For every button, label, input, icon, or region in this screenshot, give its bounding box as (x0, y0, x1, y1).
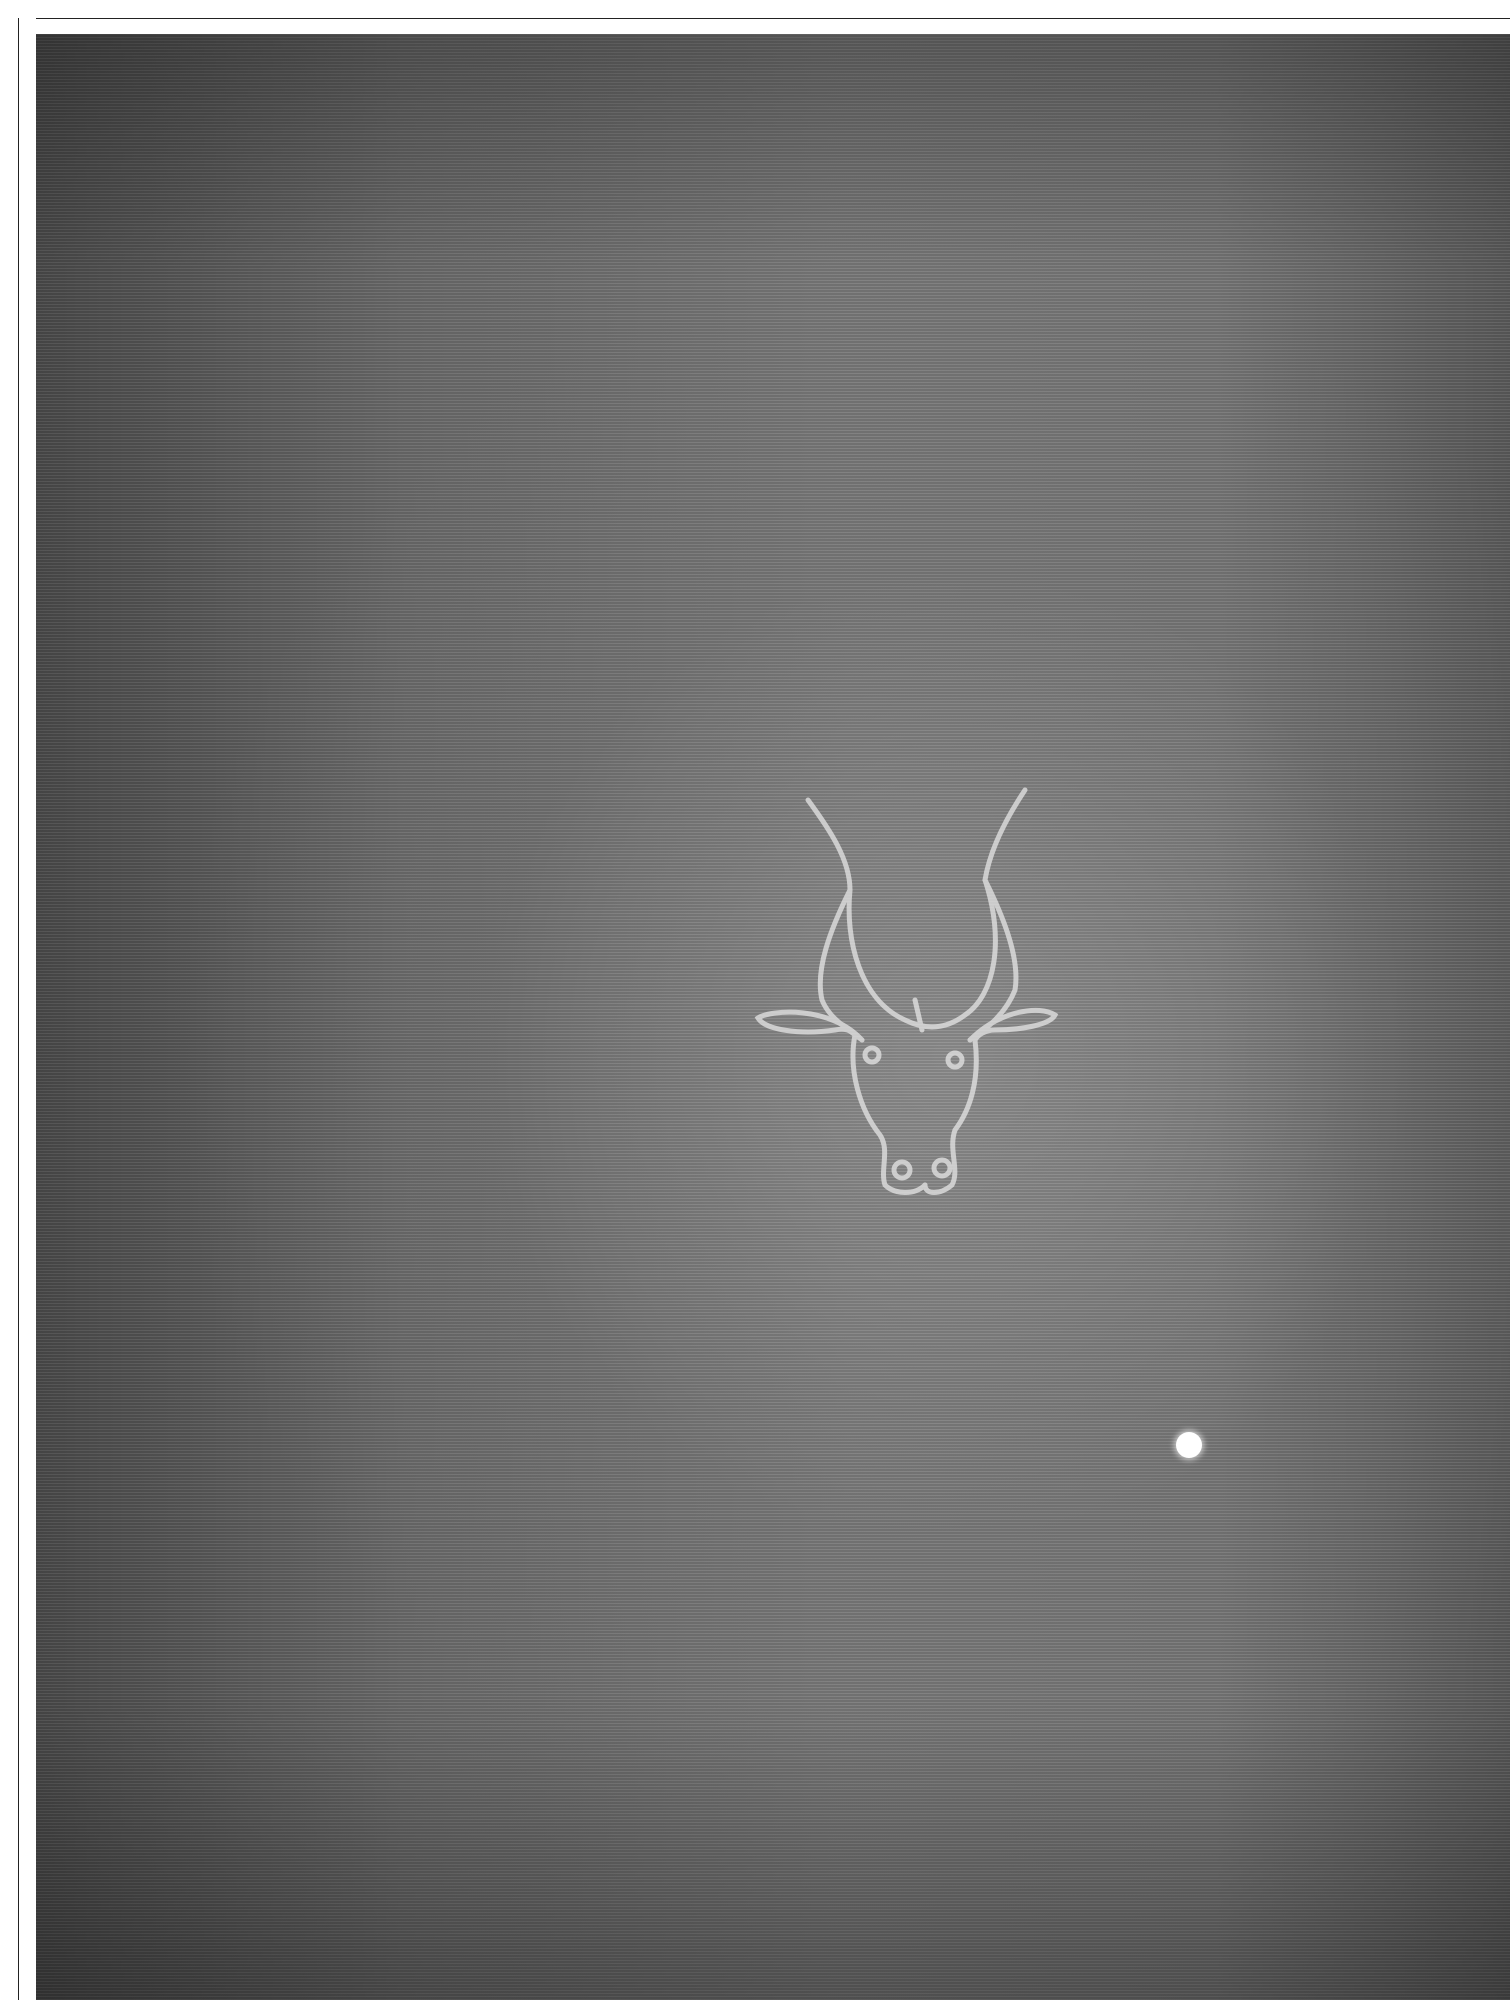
top-ruler (0, 0, 1510, 34)
bull-head-icon (36, 34, 1510, 2000)
top-ruler-baseline (18, 18, 1510, 19)
bright-spot (1176, 1432, 1202, 1458)
left-ruler (0, 0, 36, 2000)
manuscript-scan (36, 34, 1510, 2000)
left-ruler-baseline (18, 18, 19, 2000)
